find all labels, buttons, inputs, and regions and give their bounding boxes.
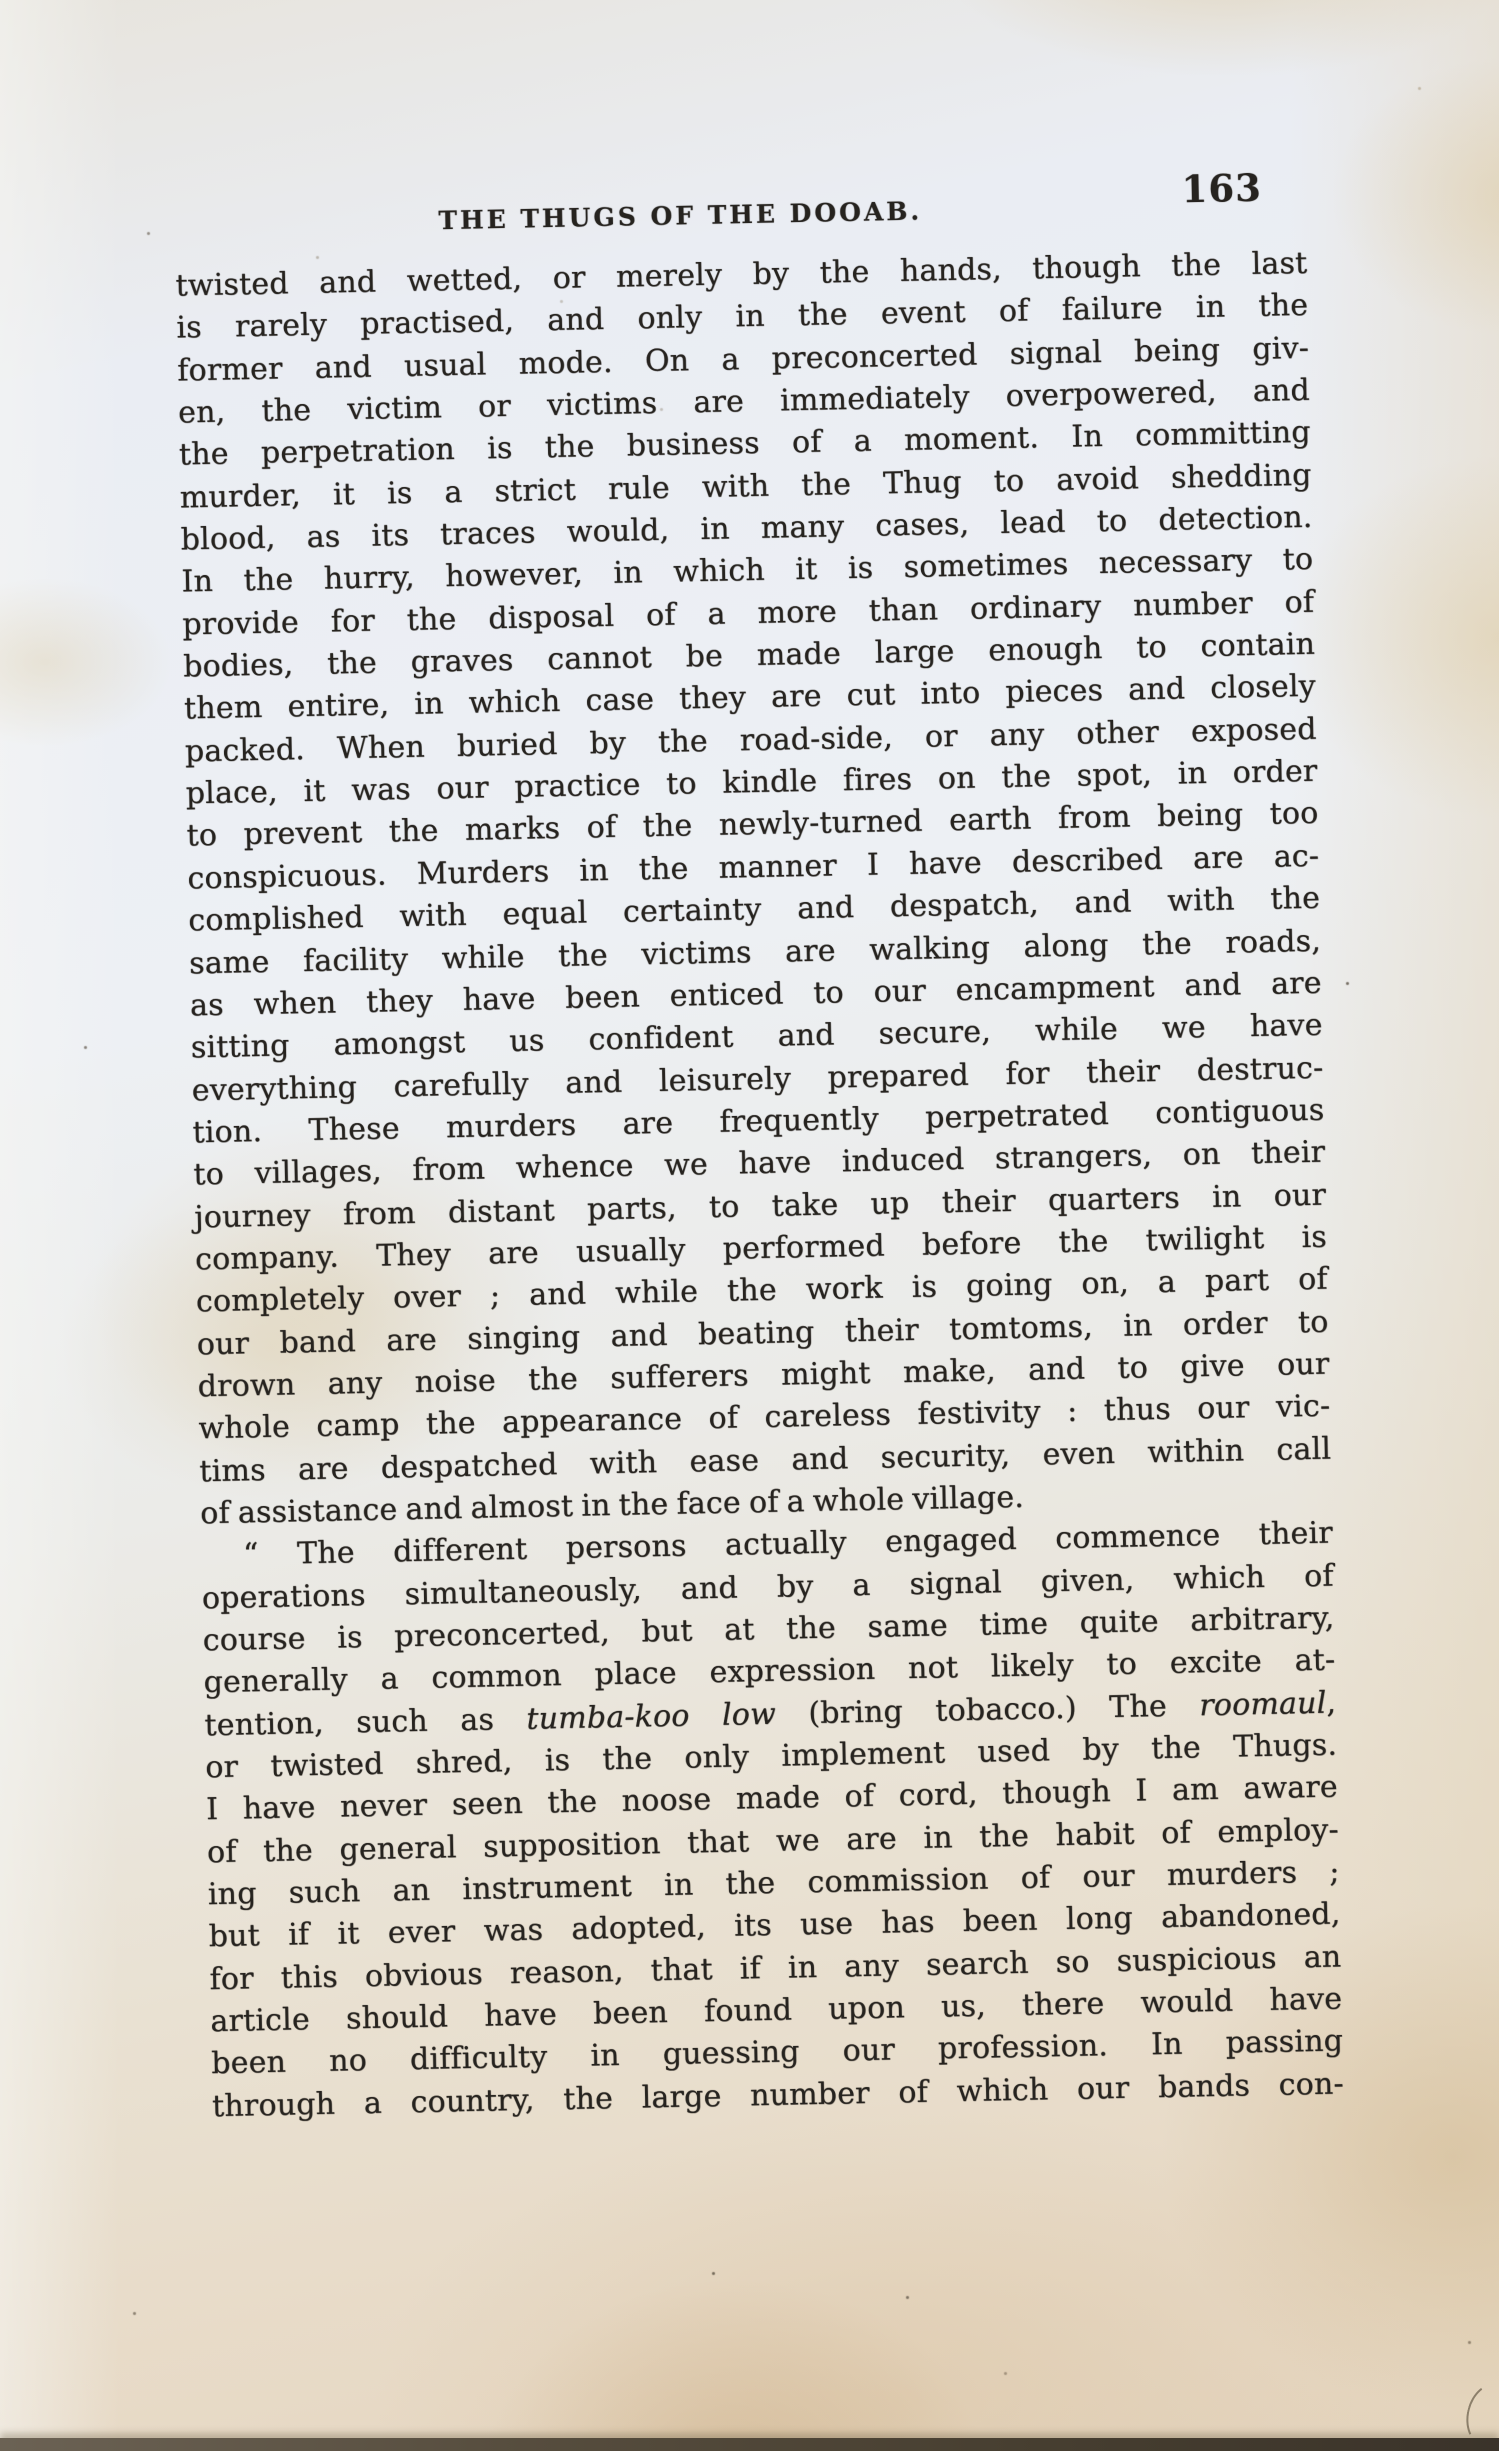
book-page: THE THUGS OF THE DOOAB. 163 twistedandwe…	[0, 0, 1499, 2451]
paper-specks	[0, 0, 3, 3]
running-header: THE THUGS OF THE DOOAB.	[174, 191, 1186, 240]
photo-bottom-edge	[0, 2438, 1499, 2451]
page-body: twistedandwetted,ormerelybythehands,thou…	[175, 243, 1344, 2128]
page-number: 163	[1181, 166, 1262, 212]
page-content: THE THUGS OF THE DOOAB. 163 twistedandwe…	[174, 165, 1345, 2128]
